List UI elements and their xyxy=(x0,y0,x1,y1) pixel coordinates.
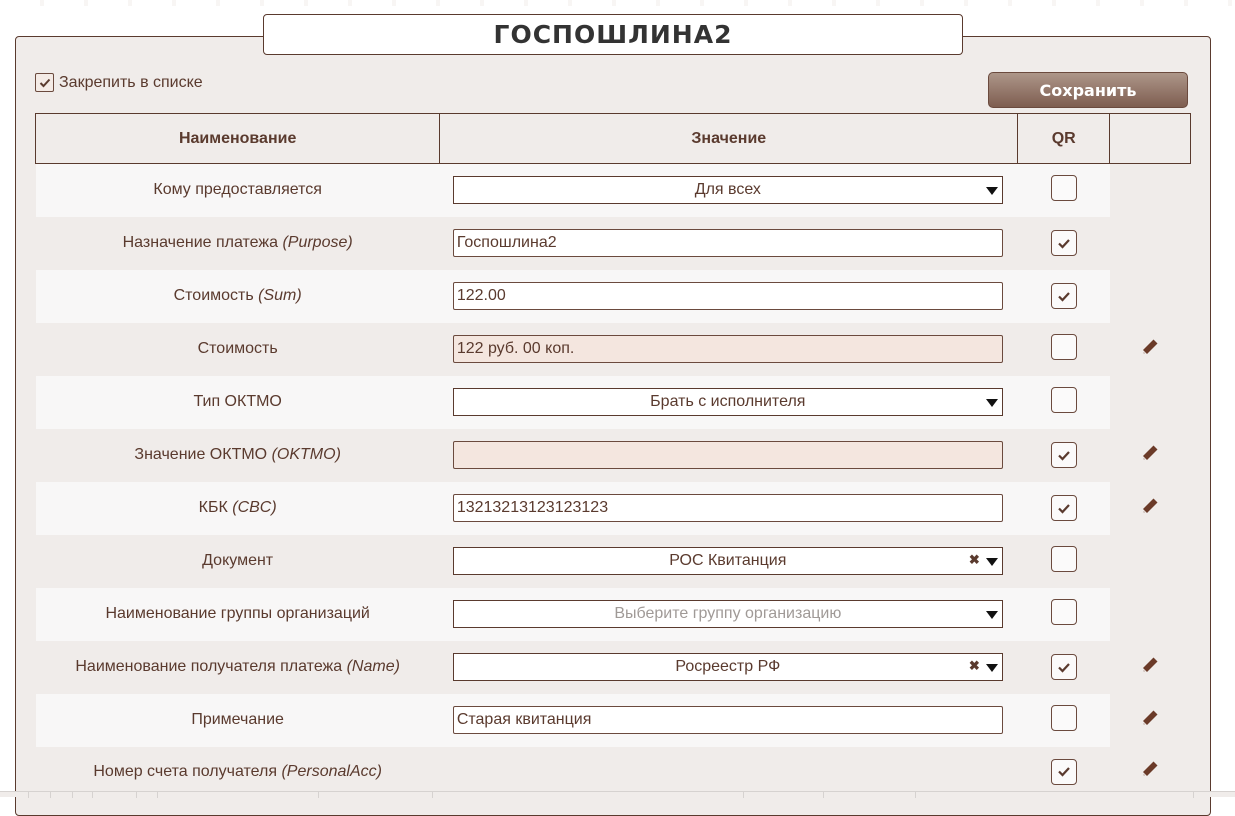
page-top-strip xyxy=(0,0,1235,6)
field-label-text: Кому предоставляется xyxy=(153,181,322,198)
table-row: Наименование группы организацийВыберите … xyxy=(36,588,1191,641)
readonly-field[interactable] xyxy=(453,335,1003,363)
select-value: Росреестр РФ xyxy=(675,658,780,676)
qr-cell xyxy=(1018,588,1110,641)
qr-cell xyxy=(1018,482,1110,535)
check-icon xyxy=(1057,238,1071,249)
action-cell xyxy=(1110,164,1191,217)
text-field[interactable] xyxy=(453,494,1003,522)
table-header-row: Наименование Значение QR xyxy=(36,114,1191,164)
text-field[interactable] xyxy=(453,282,1003,310)
caret-down-icon[interactable] xyxy=(986,558,998,566)
pencil-icon[interactable] xyxy=(1141,709,1159,732)
field-code: (CBC) xyxy=(232,499,276,516)
qr-cell xyxy=(1018,376,1110,429)
qr-cell xyxy=(1018,535,1110,588)
qr-checkbox[interactable] xyxy=(1051,759,1077,785)
field-code: (Sum) xyxy=(258,287,302,304)
action-cell xyxy=(1110,535,1191,588)
field-label: Значение ОКТМО (OKTMO) xyxy=(36,429,440,482)
field-value-cell: Брать с исполнителя xyxy=(440,376,1018,429)
action-cell xyxy=(1110,588,1191,641)
table-row: Кому предоставляетсяДля всех xyxy=(36,164,1191,217)
qr-checkbox[interactable] xyxy=(1051,283,1077,309)
check-icon xyxy=(39,78,51,88)
qr-checkbox[interactable] xyxy=(1051,599,1077,625)
table-row: Наименование получателя платежа (Name)Ро… xyxy=(36,641,1191,694)
field-label: Стоимость xyxy=(36,323,440,376)
field-value-cell: Выберите группу организацию xyxy=(440,588,1018,641)
qr-checkbox[interactable] xyxy=(1051,387,1077,413)
caret-down-icon[interactable] xyxy=(986,399,998,407)
field-label: Кому предоставляется xyxy=(36,164,440,217)
action-cell xyxy=(1110,429,1191,482)
action-cell xyxy=(1110,323,1191,376)
readonly-field[interactable] xyxy=(453,441,1003,469)
field-value-cell xyxy=(440,482,1018,535)
check-icon xyxy=(1057,766,1071,777)
pencil-icon[interactable] xyxy=(1141,656,1159,679)
action-cell xyxy=(1110,270,1191,323)
select-dropdown[interactable]: Для всех xyxy=(453,176,1003,204)
column-header-qr: QR xyxy=(1018,114,1110,164)
field-label-text: Значение ОКТМО xyxy=(134,446,267,463)
field-code: (OKTMO) xyxy=(272,446,341,463)
check-icon xyxy=(1057,503,1071,514)
text-field[interactable] xyxy=(453,706,1003,734)
field-label-text: Примечание xyxy=(191,711,284,728)
qr-cell xyxy=(1018,323,1110,376)
caret-down-icon[interactable] xyxy=(986,611,998,619)
field-label: Наименование получателя платежа (Name) xyxy=(36,641,440,694)
pin-in-list-checkbox[interactable]: Закрепить в списке xyxy=(35,73,203,92)
field-code: (PersonalAcc) xyxy=(281,763,381,780)
qr-checkbox[interactable] xyxy=(1051,334,1077,360)
check-icon xyxy=(1057,662,1071,673)
qr-checkbox[interactable] xyxy=(1051,705,1077,731)
field-value-cell xyxy=(440,323,1018,376)
field-label: Наименование группы организаций xyxy=(36,588,440,641)
table-row: Примечание xyxy=(36,694,1191,747)
action-cell xyxy=(1110,747,1191,797)
page-title: ГОСПОШЛИНА2 xyxy=(263,14,963,55)
field-label: КБК (CBC) xyxy=(36,482,440,535)
field-label-text: Тип ОКТМО xyxy=(193,393,281,410)
table-row: Стоимость (Sum) xyxy=(36,270,1191,323)
field-code: (Purpose) xyxy=(282,234,352,251)
table-row: Стоимость xyxy=(36,323,1191,376)
field-label-text: Назначение платежа xyxy=(123,234,278,251)
field-label: Тип ОКТМО xyxy=(36,376,440,429)
action-cell xyxy=(1110,482,1191,535)
qr-checkbox[interactable] xyxy=(1051,442,1077,468)
field-value-cell xyxy=(440,429,1018,482)
pencil-icon[interactable] xyxy=(1141,444,1159,467)
field-code: (Name) xyxy=(347,658,400,675)
qr-cell xyxy=(1018,747,1110,797)
pin-checkbox-box[interactable] xyxy=(35,73,54,92)
field-value-cell xyxy=(440,694,1018,747)
pencil-icon[interactable] xyxy=(1141,338,1159,361)
check-icon xyxy=(1057,450,1071,461)
qr-checkbox[interactable] xyxy=(1051,654,1077,680)
pin-label: Закрепить в списке xyxy=(59,74,203,92)
field-value-cell: Росреестр РФ✖ xyxy=(440,641,1018,694)
qr-cell xyxy=(1018,694,1110,747)
field-label-text: Наименование группы организаций xyxy=(105,605,369,622)
select-dropdown[interactable]: Брать с исполнителя xyxy=(453,388,1003,416)
action-cell xyxy=(1110,376,1191,429)
action-cell xyxy=(1110,694,1191,747)
qr-checkbox[interactable] xyxy=(1051,546,1077,572)
field-label: Назначение платежа (Purpose) xyxy=(36,217,440,270)
field-label-text: Наименование получателя платежа xyxy=(75,658,342,675)
action-cell xyxy=(1110,641,1191,694)
select-value: Брать с исполнителя xyxy=(650,393,805,411)
select-value: РОС Квитанция xyxy=(669,552,786,570)
qr-checkbox[interactable] xyxy=(1051,495,1077,521)
field-value-cell: Для всех xyxy=(440,164,1018,217)
field-label-text: Стоимость xyxy=(174,287,254,304)
field-value-cell xyxy=(440,747,1018,797)
select-dropdown[interactable]: РОС Квитанция✖ xyxy=(453,547,1003,575)
qr-checkbox[interactable] xyxy=(1051,175,1077,201)
field-value-cell: РОС Квитанция✖ xyxy=(440,535,1018,588)
select-value: Для всех xyxy=(695,181,761,199)
field-label: Номер счета получателя (PersonalAcc) xyxy=(36,747,440,797)
caret-down-icon[interactable] xyxy=(986,187,998,195)
select-dropdown[interactable]: Росреестр РФ✖ xyxy=(453,653,1003,681)
table-row: Номер счета получателя (PersonalAcc) xyxy=(36,747,1191,797)
column-header-actions xyxy=(1110,114,1191,164)
pencil-icon[interactable] xyxy=(1141,760,1159,783)
field-value-cell xyxy=(440,217,1018,270)
qr-cell xyxy=(1018,164,1110,217)
select-value: Выберите группу организацию xyxy=(614,605,841,623)
qr-checkbox[interactable] xyxy=(1051,230,1077,256)
save-button[interactable]: Сохранить xyxy=(988,72,1188,108)
field-label: Документ xyxy=(36,535,440,588)
field-label: Примечание xyxy=(36,694,440,747)
text-field[interactable] xyxy=(453,229,1003,257)
field-label: Стоимость (Sum) xyxy=(36,270,440,323)
qr-cell xyxy=(1018,641,1110,694)
qr-cell xyxy=(1018,270,1110,323)
field-label-text: Стоимость xyxy=(198,340,278,357)
check-icon xyxy=(1057,291,1071,302)
bottom-grid-strip xyxy=(0,791,1235,797)
field-value-cell xyxy=(440,270,1018,323)
table-row: ДокументРОС Квитанция✖ xyxy=(36,535,1191,588)
column-header-value: Значение xyxy=(440,114,1018,164)
column-header-name: Наименование xyxy=(36,114,440,164)
table-row: Назначение платежа (Purpose) xyxy=(36,217,1191,270)
clear-x-icon[interactable]: ✖ xyxy=(969,658,980,674)
field-label-text: Номер счета получателя xyxy=(93,763,277,780)
clear-x-icon[interactable]: ✖ xyxy=(969,552,980,568)
caret-down-icon[interactable] xyxy=(986,664,998,672)
qr-cell xyxy=(1018,429,1110,482)
field-label-text: КБК xyxy=(199,499,228,516)
fields-table: Наименование Значение QR Кому предоставл… xyxy=(35,113,1191,797)
table-row: Тип ОКТМОБрать с исполнителя xyxy=(36,376,1191,429)
field-label-text: Документ xyxy=(202,552,273,569)
table-row: Значение ОКТМО (OKTMO) xyxy=(36,429,1191,482)
pencil-icon[interactable] xyxy=(1141,497,1159,520)
table-row: КБК (CBC) xyxy=(36,482,1191,535)
select-dropdown[interactable]: Выберите группу организацию xyxy=(453,600,1003,628)
action-cell xyxy=(1110,217,1191,270)
qr-cell xyxy=(1018,217,1110,270)
